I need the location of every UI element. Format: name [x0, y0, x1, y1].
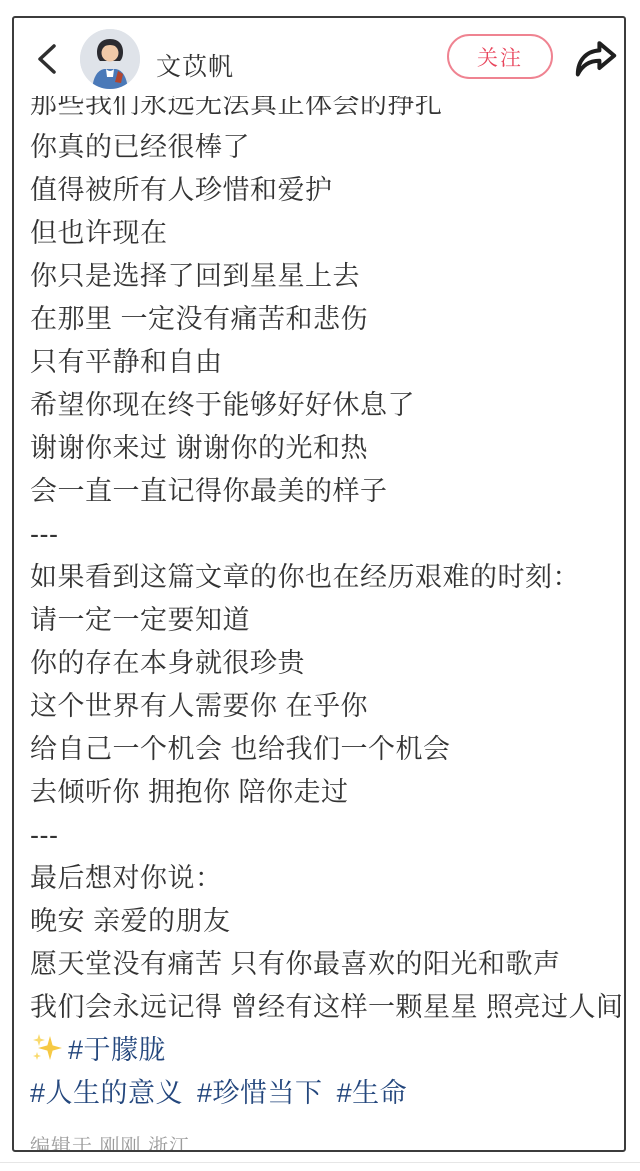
post-card: 文苡帆 关注 那些我们永远无法真正体会的挣扎 你真的已经很棒了值得被所有人珍惜和…	[12, 16, 626, 1152]
bottom-divider	[0, 1162, 640, 1163]
post-text-line: 如果看到这篇文章的你也在经历艰难的时刻：	[30, 556, 610, 599]
post-text-line: 希望你现在终于能够好好休息了	[30, 384, 610, 427]
chevron-left-icon	[32, 63, 62, 80]
share-icon	[571, 71, 619, 88]
post-text-line: ---	[30, 513, 610, 556]
post-text-line: 在那里 一定没有痛苦和悲伤	[30, 298, 610, 341]
username[interactable]: 文苡帆	[156, 47, 234, 83]
post-text-line: 你真的已经很棒了	[30, 126, 610, 169]
post-text-line: 愿天堂没有痛苦 只有你最喜欢的阳光和歌声	[30, 943, 610, 986]
post-text-line: 你的存在本身就很珍贵	[30, 642, 610, 685]
back-button[interactable]	[32, 42, 62, 76]
post-text-line: 谢谢你来过 谢谢你的光和热	[30, 427, 610, 470]
post-text-line: 最后想对你说：	[30, 857, 610, 900]
post-text-line: 值得被所有人珍惜和爱护	[30, 169, 610, 212]
post-header: 文苡帆 关注	[14, 18, 624, 96]
post-text-line: 你只是选择了回到星星上去	[30, 255, 610, 298]
post-text-line: 晚安 亲爱的朋友	[30, 900, 610, 943]
hashtag-link[interactable]: #人生的意义	[30, 1078, 183, 1108]
post-text-line: 那些我们永远无法真正体会的挣扎	[30, 96, 610, 126]
hashtag-link[interactable]: #生命	[337, 1078, 408, 1108]
post-text-line: 给自己一个机会 也给我们一个机会	[30, 728, 610, 771]
post-lines: 你真的已经很棒了值得被所有人珍惜和爱护但也许现在你只是选择了回到星星上去在那里 …	[30, 126, 610, 1029]
post-text-line: 我们会永远记得 曾经有这样一颗星星 照亮过人间	[30, 986, 610, 1029]
follow-button-label: 关注	[477, 42, 523, 72]
sparkles-icon	[30, 1032, 62, 1064]
post-text-line: 会一直一直记得你最美的样子	[30, 470, 610, 513]
follow-button[interactable]: 关注	[447, 34, 553, 79]
post-edit-info: 编辑于 刚刚 浙江	[30, 1130, 610, 1152]
share-button[interactable]	[571, 36, 619, 84]
hashtag-line-primary: #于朦胧	[30, 1029, 610, 1072]
post-text-line: 请一定一定要知道	[30, 599, 610, 642]
post-text-line: ---	[30, 814, 610, 857]
avatar[interactable]	[80, 29, 140, 89]
post-page: 文苡帆 关注 那些我们永远无法真正体会的挣扎 你真的已经很棒了值得被所有人珍惜和…	[0, 0, 640, 1171]
post-text-line: 这个世界有人需要你 在乎你	[30, 685, 610, 728]
post-text-line: 但也许现在	[30, 212, 610, 255]
hashtag-link[interactable]: #珍惜当下	[197, 1078, 323, 1108]
clipped-text-line: 那些我们永远无法真正体会的挣扎	[30, 96, 610, 126]
post-text-line: 只有平静和自由	[30, 341, 610, 384]
hashtag-line-secondary: #人生的意义#珍惜当下#生命	[30, 1072, 610, 1115]
post-text-line: 去倾听你 拥抱你 陪你走过	[30, 771, 610, 814]
post-content: 那些我们永远无法真正体会的挣扎 你真的已经很棒了值得被所有人珍惜和爱护但也许现在…	[14, 96, 624, 1152]
hashtag-link[interactable]: #于朦胧	[68, 1035, 166, 1065]
